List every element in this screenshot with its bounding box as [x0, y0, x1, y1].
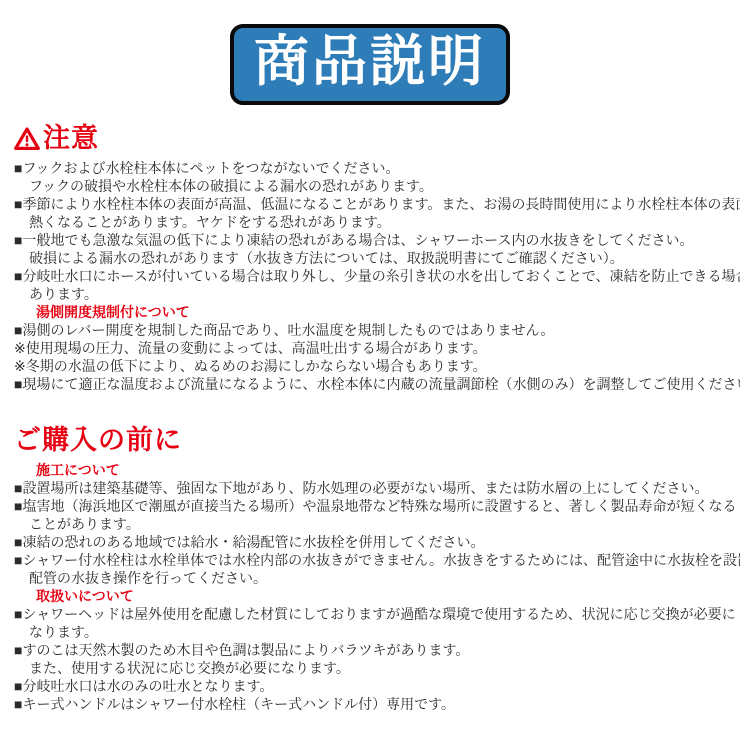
subsection-heading: 施工について	[14, 461, 726, 479]
text-line: フックの破損や水栓柱本体の破損による漏水の恐れがあります。	[14, 177, 726, 195]
section-heading-before-purchase: ご購入の前に	[14, 426, 726, 456]
text-line: なります。	[14, 623, 726, 641]
text-line: ■季節により水栓柱本体の表面が高温、低温になることがあります。また、お湯の長時間…	[14, 195, 726, 213]
warning-triangle-icon	[14, 126, 40, 152]
text-line: ■すのこは天然木製のため木目や色調は製品によりバラツキがあります。	[14, 641, 726, 659]
text-line: また、使用する状況に応じ交換が必要になります。	[14, 659, 726, 677]
text-line: あります。	[14, 285, 726, 303]
text-line: ことがあります。	[14, 515, 726, 533]
text-line: ■キー式ハンドルはシャワー付水栓柱（キー式ハンドル付）専用です。	[14, 695, 726, 713]
text-line: ■一般地でも急激な気温の低下により凍結の恐れがある場合は、シャワーホース内の水抜…	[14, 231, 726, 249]
section-caution: 注意■フックおよび水栓柱本体にペットをつながないでください。フックの破損や水栓柱…	[14, 124, 726, 393]
section-heading-caution: 注意	[14, 124, 726, 154]
text-line: ■現場にて適正な温度および流量になるように、水栓本体に内蔵の流量調節栓（水側のみ…	[14, 375, 726, 393]
product-description-page: 商品説明 注意■フックおよび水栓柱本体にペットをつながないでください。フックの破…	[0, 0, 740, 740]
description-content: 注意■フックおよび水栓柱本体にペットをつながないでください。フックの破損や水栓柱…	[0, 105, 740, 712]
text-line: ■設置場所は建築基礎等、強固な下地があり、防水処理の必要がない場所、または防水層…	[14, 479, 726, 497]
text-line: ■分岐吐水口は水のみの吐水となります。	[14, 677, 726, 695]
text-line: 熱くなることがあります。ヤケドをする恐れがあります。	[14, 213, 726, 231]
text-line: ■凍結の恐れのある地域では給水・給湯配管に水抜栓を併用してください。	[14, 533, 726, 551]
text-line: 配管の水抜き操作を行ってください。	[14, 569, 726, 587]
section-before-purchase: ご購入の前に施工について■設置場所は建築基礎等、強固な下地があり、防水処理の必要…	[14, 426, 726, 713]
page-title: 商品説明	[254, 30, 486, 92]
text-line: ■シャワー付水栓柱は水栓単体では水栓内部の水抜きができません。水抜きをするために…	[14, 551, 726, 569]
text-line: ■湯側のレバー開度を規制した商品であり、吐水温度を規制したものではありません。	[14, 321, 726, 339]
text-line: ※冬期の水温の低下により、ぬるめのお湯にしかならない場合もあります。	[14, 357, 726, 375]
text-line: ■シャワーヘッドは屋外使用を配慮した材質にしておりますが過酷な環境で使用するため…	[14, 605, 726, 623]
subsection-heading: 取扱いについて	[14, 587, 726, 605]
subsection-heading: 湯側開度規制付について	[14, 303, 726, 321]
header-banner: 商品説明	[230, 24, 510, 105]
text-line: ■フックおよび水栓柱本体にペットをつながないでください。	[14, 159, 726, 177]
text-line: 破損による漏水の恐れがあります（水抜き方法については、取扱説明書にてご確認くださ…	[14, 249, 726, 267]
header: 商品説明	[0, 0, 740, 105]
text-line: ■分岐吐水口にホースが付いている場合は取り外し、少量の糸引き状の水を出しておくこ…	[14, 267, 726, 285]
section-heading-label: 注意	[43, 124, 99, 154]
text-line: ■塩害地（海浜地区で潮風が直接当たる場所）や温泉地帯など特殊な場所に設置すると、…	[14, 497, 726, 515]
text-line: ※使用現場の圧力、流量の変動によっては、高温吐出する場合があります。	[14, 339, 726, 357]
section-heading-label: ご購入の前に	[14, 426, 182, 456]
